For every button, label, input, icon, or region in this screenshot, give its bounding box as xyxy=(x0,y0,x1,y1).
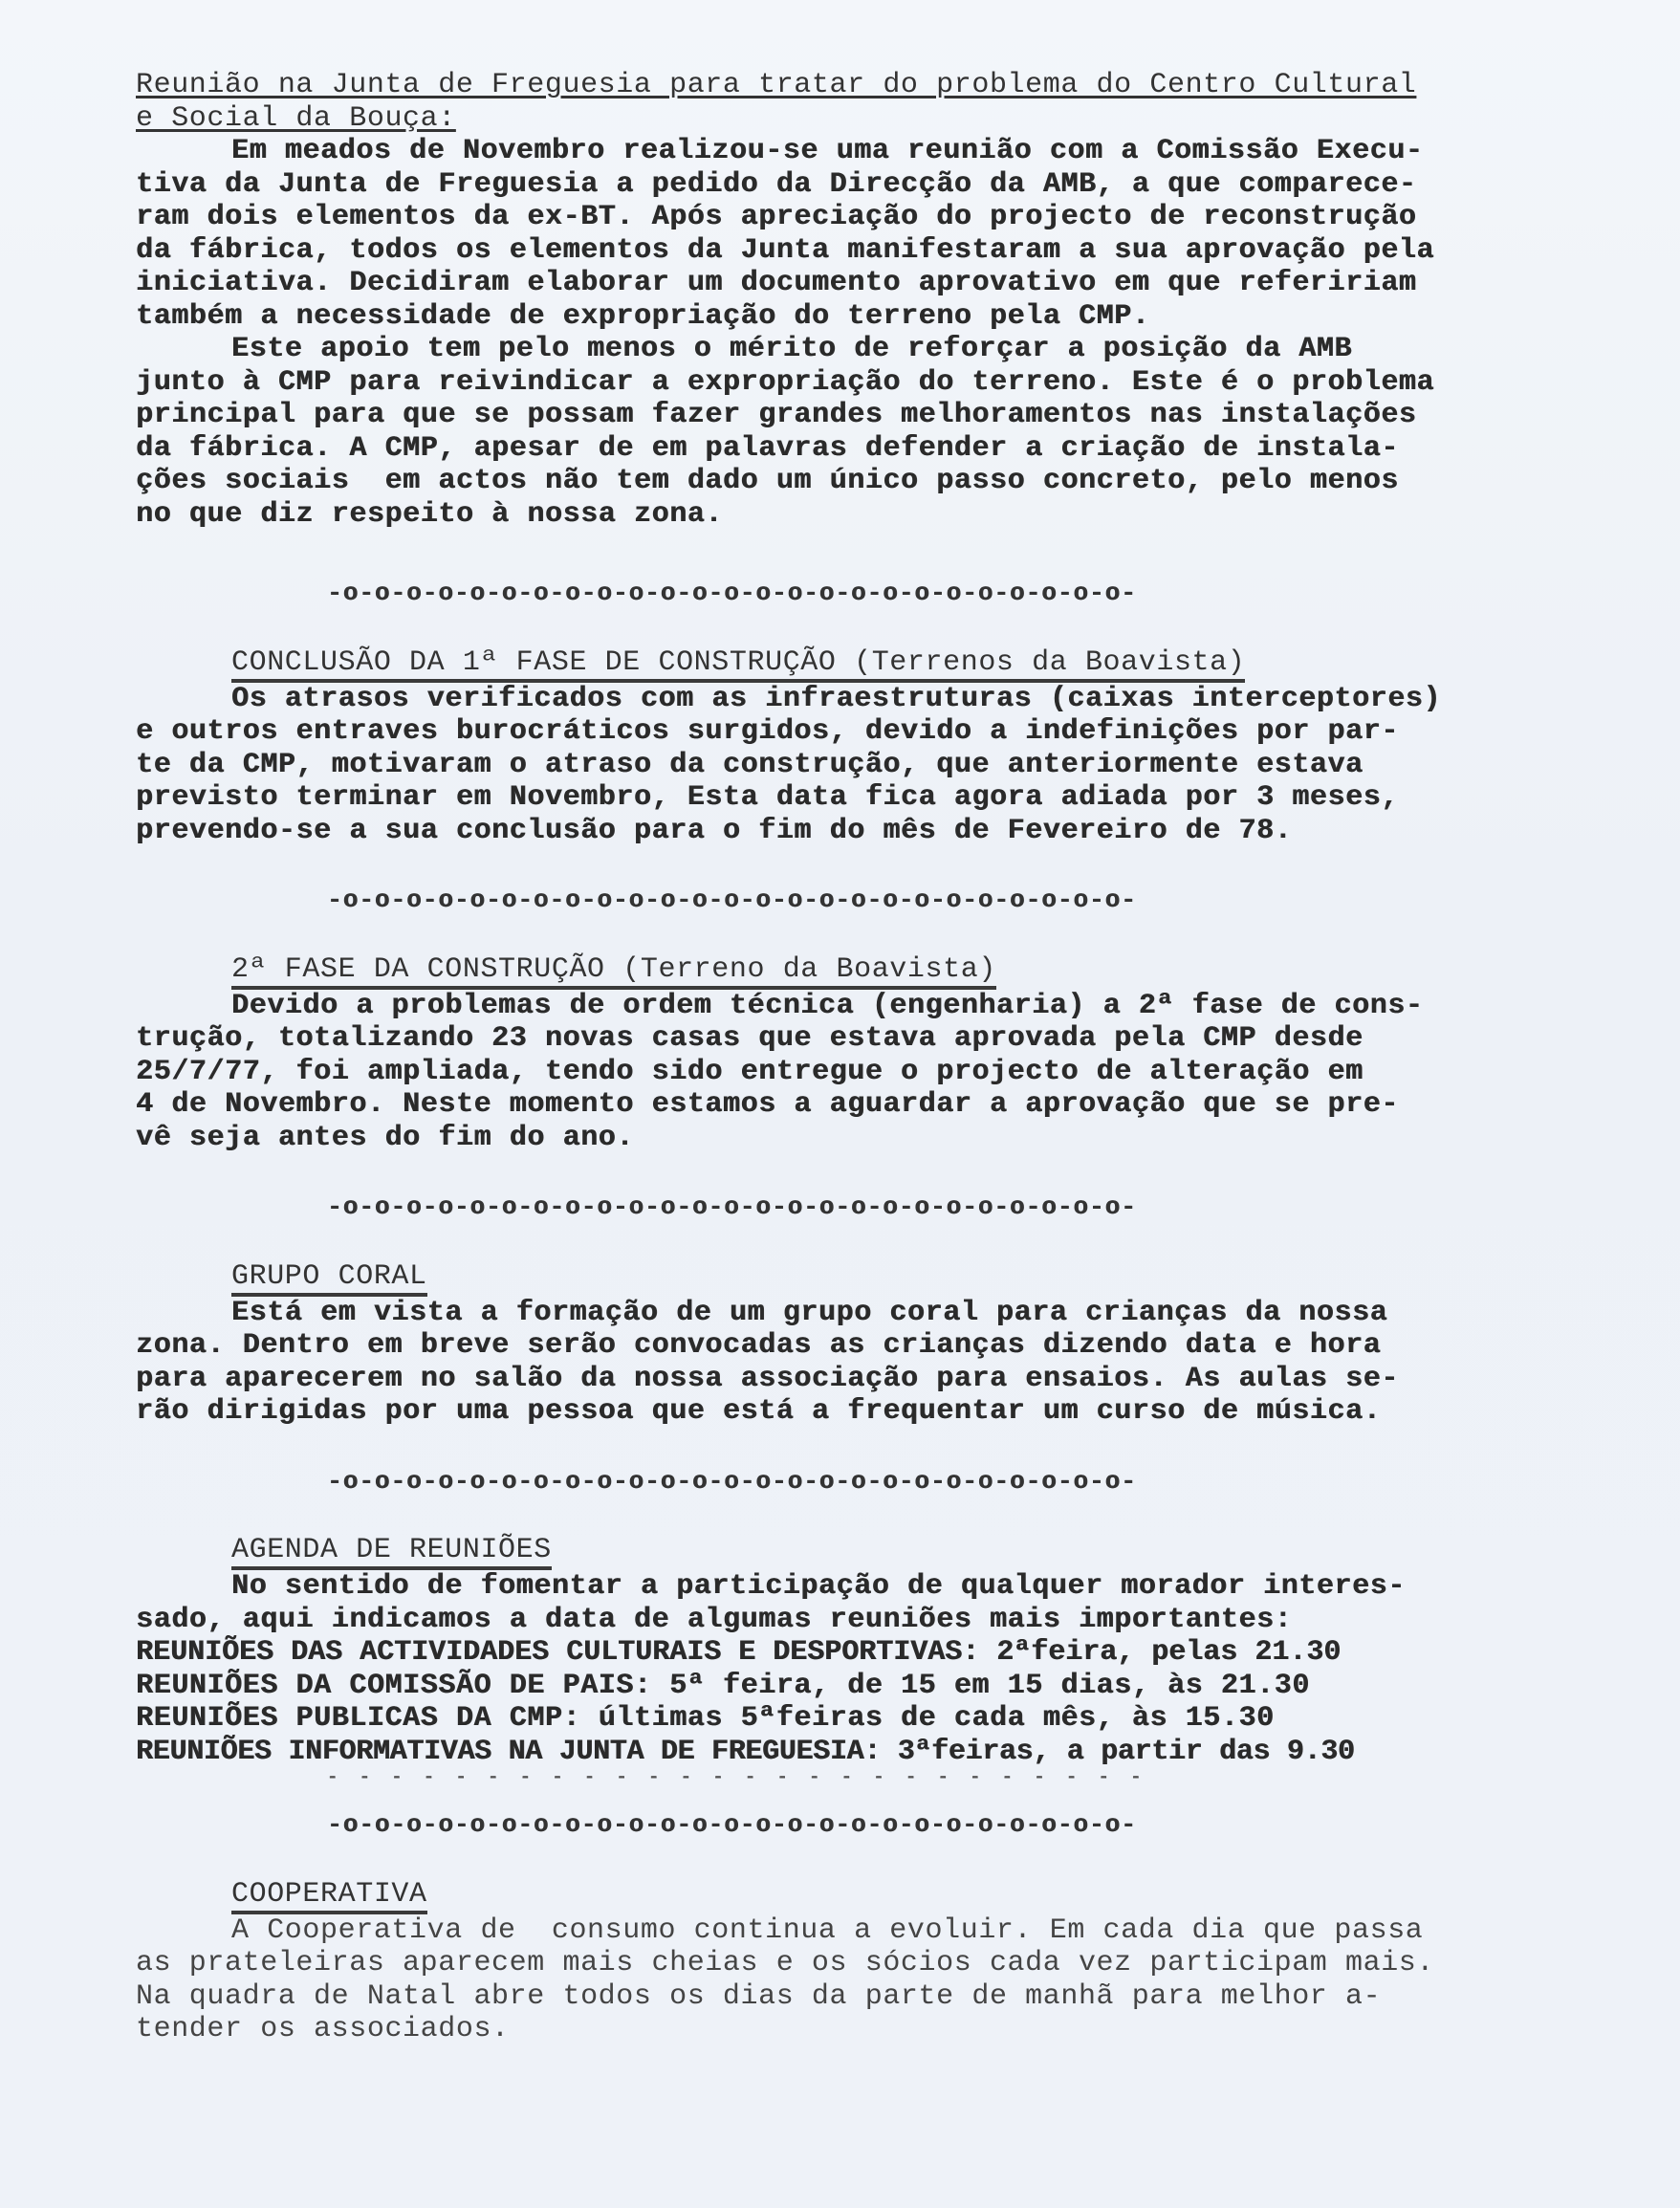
text-line: junto à CMP para reivindicar a expropria… xyxy=(136,366,1551,400)
title-line: Reunião na Junta de Freguesia para trata… xyxy=(136,69,1551,102)
text-line: para aparecerem no salão da nossa associ… xyxy=(136,1363,1551,1396)
section-heading: COOPERATIVA xyxy=(231,1880,427,1914)
text-line: Em meados de Novembro realizou-se uma re… xyxy=(136,135,1551,168)
text-line: zona. Dentro em breve serão convocadas a… xyxy=(136,1329,1551,1363)
meeting-line: REUNIÕES PUBLICAS DA CMP: últimas 5ªfeir… xyxy=(136,1702,1551,1736)
section-2-fase: 2ª FASE DA CONSTRUÇÃO (Terreno da Boavis… xyxy=(136,953,1551,1155)
text-line: 25/7/77, foi ampliada, tendo sido entreg… xyxy=(136,1056,1551,1089)
text-line: ções sociais em actos não tem dado um ún… xyxy=(136,465,1551,498)
text-line: previsto terminar em Novembro, Esta data… xyxy=(136,781,1551,815)
text-line: rão dirigidas por uma pessoa que está a … xyxy=(136,1395,1551,1429)
section-heading: AGENDA DE REUNIÕES xyxy=(231,1536,552,1570)
section-conclusao-1-fase: CONCLUSÃO DA 1ª FASE DE CONSTRUÇÃO (Terr… xyxy=(136,646,1551,848)
text-line: 4 de Novembro. Neste momento estamos a a… xyxy=(136,1088,1551,1122)
text-line: iniciativa. Decidiram elaborar um docume… xyxy=(136,267,1551,300)
text-line: A Cooperativa de consumo continua a evol… xyxy=(136,1914,1551,1948)
section-cooperativa: COOPERATIVA A Cooperativa de consumo con… xyxy=(136,1878,1551,2046)
text-line: sado, aqui indicamos a data de algumas r… xyxy=(136,1604,1551,1637)
text-line: da fábrica, todos os elementos da Junta … xyxy=(136,234,1551,268)
dash-line: - - - - - - - - - - - - - - - - - - - - … xyxy=(136,1768,1551,1787)
title: Reunião na Junta de Freguesia para trata… xyxy=(136,69,1551,135)
scanned-page: Reunião na Junta de Freguesia para trata… xyxy=(0,0,1680,2208)
section-grupo-coral: GRUPO CORAL Está em vista a formação de … xyxy=(136,1260,1551,1429)
text-line: te da CMP, motivaram o atraso da constru… xyxy=(136,749,1551,782)
text-line: No sentido de fomentar a participação de… xyxy=(136,1570,1551,1604)
meeting-line: REUNIÕES DA COMISSÃO DE PAIS: 5ª feira, … xyxy=(136,1670,1551,1703)
title-line: e Social da Bouça: xyxy=(136,102,1551,136)
separator: -o-o-o-o-o-o-o-o-o-o-o-o-o-o-o-o-o-o-o-o… xyxy=(136,884,1551,917)
section-heading: CONCLUSÃO DA 1ª FASE DE CONSTRUÇÃO (Terr… xyxy=(231,648,1245,683)
separator: -o-o-o-o-o-o-o-o-o-o-o-o-o-o-o-o-o-o-o-o… xyxy=(136,1465,1551,1498)
text-line: Este apoio tem pelo menos o mérito de re… xyxy=(136,333,1551,366)
separator: -o-o-o-o-o-o-o-o-o-o-o-o-o-o-o-o-o-o-o-o… xyxy=(136,577,1551,610)
text-line: prevendo-se a sua conclusão para o fim d… xyxy=(136,815,1551,848)
intro-paragraph: Este apoio tem pelo menos o mérito de re… xyxy=(136,333,1551,531)
text-line: e outros entraves burocráticos surgidos,… xyxy=(136,715,1551,749)
text-line: Na quadra de Natal abre todos os dias da… xyxy=(136,1980,1551,2014)
text-line: principal para que se possam fazer grand… xyxy=(136,399,1551,432)
text-line: da fábrica. A CMP, apesar de em palavras… xyxy=(136,432,1551,466)
meeting-line: REUNIÕES INFORMATIVAS NA JUNTA DE FREGUE… xyxy=(136,1736,1551,1769)
text-line: trução, totalizando 23 novas casas que e… xyxy=(136,1022,1551,1056)
section-heading: 2ª FASE DA CONSTRUÇÃO (Terreno da Boavis… xyxy=(231,955,996,990)
text-line: Devido a problemas de ordem técnica (eng… xyxy=(136,990,1551,1023)
separator: -o-o-o-o-o-o-o-o-o-o-o-o-o-o-o-o-o-o-o-o… xyxy=(136,1808,1551,1842)
separator: -o-o-o-o-o-o-o-o-o-o-o-o-o-o-o-o-o-o-o-o… xyxy=(136,1191,1551,1224)
text-line: no que diz respeito à nossa zona. xyxy=(136,498,1551,532)
document-body: Reunião na Junta de Freguesia para trata… xyxy=(136,69,1551,2046)
meeting-line: REUNIÕES DAS ACTIVIDADES CULTURAIS E DES… xyxy=(136,1636,1551,1670)
text-line: também a necessidade de expropriação do … xyxy=(136,300,1551,334)
text-line: vê seja antes do fim do ano. xyxy=(136,1122,1551,1155)
section-heading: GRUPO CORAL xyxy=(231,1262,427,1297)
text-line: tender os associados. xyxy=(136,2013,1551,2046)
intro-paragraph: Em meados de Novembro realizou-se uma re… xyxy=(136,135,1551,333)
text-line: ram dois elementos da ex-BT. Após apreci… xyxy=(136,201,1551,234)
text-line: as prateleiras aparecem mais cheias e os… xyxy=(136,1947,1551,1980)
text-line: Os atrasos verificados com as infraestru… xyxy=(136,683,1551,716)
section-agenda-reunioes: AGENDA DE REUNIÕES No sentido de fomenta… xyxy=(136,1534,1551,1787)
text-line: tiva da Junta de Freguesia a pedido da D… xyxy=(136,168,1551,202)
text-line: Está em vista a formação de um grupo cor… xyxy=(136,1297,1551,1330)
